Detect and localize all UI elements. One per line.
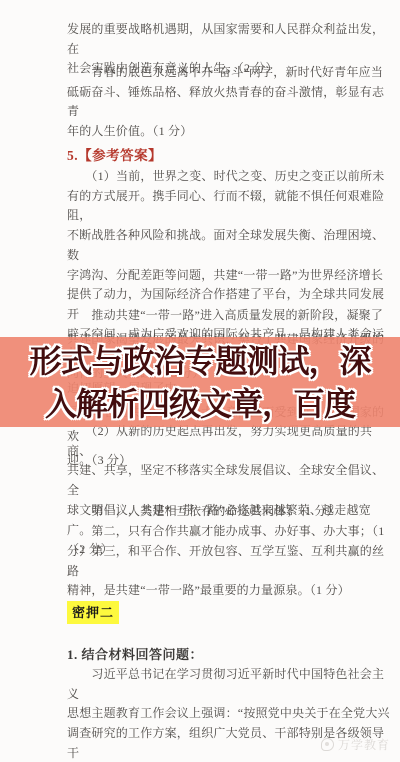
watermark-text: 万学教育 xyxy=(338,736,390,753)
overlay-title-line-2: 入解析四级文章，百度 xyxy=(45,383,355,426)
seal-badge: 密押二 xyxy=(67,601,119,624)
question-heading: 1. 结合材料回答问题： xyxy=(67,645,203,665)
intro-paragraph-2: 青春的底色永远离不开“奋斗”两字，新时代好青年应当 砥砺奋斗、锤炼品格、释放火热… xyxy=(67,63,393,142)
answer-point-1: 第一，人类是相互依存的命运共同体；（1 分） xyxy=(67,502,393,522)
overlay-title-line-1: 形式与政治专题测试，深 xyxy=(29,340,370,383)
document-page: 发展的重要战略机遇期，从国家需要和人民群众利益出发，在 社会实践中创造有意义的人… xyxy=(0,0,400,762)
overlay-title: 形式与政治专题测试，深 入解析四级文章，百度 xyxy=(0,339,400,427)
watermark: 万学教育 xyxy=(321,736,390,753)
answer-point-3: 第三，和平合作、开放包容、互学互鉴、互利共赢的丝路 精神，是共建“一带一路”最重… xyxy=(67,542,393,601)
answer-key-heading: 5.【参考答案】 xyxy=(67,146,162,166)
wanxue-logo-icon xyxy=(321,738,334,751)
